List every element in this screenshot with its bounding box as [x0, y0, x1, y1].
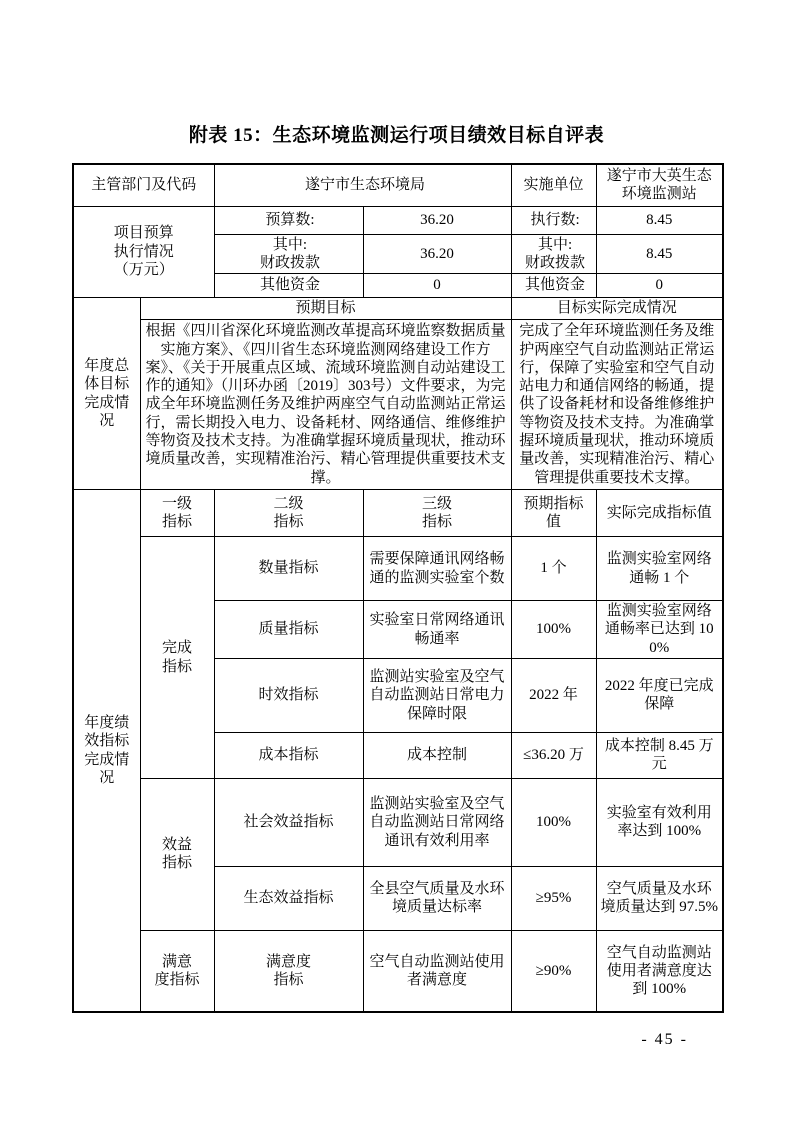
expected-goal-header: 预期目标 [140, 298, 511, 320]
actual-cell: 空气质量及水环境质量达到 97.5% [596, 866, 723, 930]
budget-label: 其中: 财政拨款 [511, 234, 596, 274]
impl-value-cell: 遂宁市大英生态环境监测站 [596, 164, 723, 206]
expected-cell: 100% [511, 601, 596, 659]
level2-cell: 数量指标 [214, 537, 363, 601]
actual-goal-header: 目标实际完成情况 [511, 298, 723, 320]
expected-cell: ≤36.20 万 [511, 732, 596, 778]
budget-value: 8.45 [596, 234, 723, 274]
budget-value: 0 [363, 274, 511, 298]
budget-value: 8.45 [596, 206, 723, 234]
level3-cell: 实验室日常网络通讯畅通率 [363, 601, 511, 659]
level1-benefit: 效益 指标 [140, 778, 214, 930]
level2-cell: 成本指标 [214, 732, 363, 778]
level2-cell: 满意度 指标 [214, 930, 363, 1012]
page-title: 附表 15：生态环境监测运行项目绩效目标自评表 [0, 120, 793, 147]
actual-cell: 监测实验室网络通畅率已达到 100% [596, 601, 723, 659]
budget-label: 其他资金 [511, 274, 596, 298]
impl-label-cell: 实施单位 [511, 164, 596, 206]
table-row-department: 主管部门及代码 遂宁市生态环境局 实施单位 遂宁市大英生态环境监测站 [73, 164, 723, 206]
budget-value: 36.20 [363, 234, 511, 274]
level2-cell: 质量指标 [214, 601, 363, 659]
budget-label: 预算数: [214, 206, 363, 234]
level3-cell: 监测站实验室及空气自动监测站日常电力保障时限 [363, 658, 511, 732]
expected-cell: 100% [511, 778, 596, 866]
expected-cell: 1 个 [511, 537, 596, 601]
expected-cell: ≥95% [511, 866, 596, 930]
level3-cell: 监测站实验室及空气自动监测站日常网络通讯有效利用率 [363, 778, 511, 866]
level2-cell: 生态效益指标 [214, 866, 363, 930]
level1-satisfaction: 满意 度指标 [140, 930, 214, 1012]
budget-label: 执行数: [511, 206, 596, 234]
header-level3: 三级 指标 [363, 490, 511, 537]
level3-cell: 成本控制 [363, 732, 511, 778]
actual-goal-text: 完成了全年环境监测任务及维护两座空气自动监测站正常运行，保障了实验室和空气自动站… [511, 320, 723, 490]
level1-completion: 完成 指标 [140, 537, 214, 779]
self-evaluation-table: 主管部门及代码 遂宁市生态环境局 实施单位 遂宁市大英生态环境监测站 项目预算 … [72, 163, 724, 1013]
document-page: 附表 15：生态环境监测运行项目绩效目标自评表 主管部门及代码 遂宁市生态环境局… [0, 0, 793, 1122]
expected-goal-text: 根据《四川省深化环境监测改革提高环境监察数据质量实施方案》、《四川省生态环境监测… [140, 320, 511, 490]
expected-cell: ≥90% [511, 930, 596, 1012]
budget-section-label: 项目预算 执行情况 （万元） [73, 206, 214, 298]
level2-cell: 时效指标 [214, 658, 363, 732]
level2-cell: 社会效益指标 [214, 778, 363, 866]
actual-cell: 空气自动监测站使用者满意度达到 100% [596, 930, 723, 1012]
table-row-indicator-headers: 年度绩 效指标 完成情 况 一级 指标 二级 指标 三级 指标 预期指标 值 实… [73, 490, 723, 537]
level3-cell: 全县空气质量及水环境质量达标率 [363, 866, 511, 930]
budget-value: 0 [596, 274, 723, 298]
budget-value: 36.20 [363, 206, 511, 234]
level3-cell: 需要保障通讯网络畅通的监测实验室个数 [363, 537, 511, 601]
indicators-section-label: 年度绩 效指标 完成情 况 [73, 490, 140, 1013]
actual-cell: 成本控制 8.45 万元 [596, 732, 723, 778]
page-number: - 45 - [0, 1031, 793, 1049]
header-expected: 预期指标 值 [511, 490, 596, 537]
dept-label-cell: 主管部门及代码 [73, 164, 214, 206]
header-level2: 二级 指标 [214, 490, 363, 537]
table-row-goal-headers: 年度总 体目标 完成情 况 预期目标 目标实际完成情况 [73, 298, 723, 320]
budget-label: 其他资金 [214, 274, 363, 298]
budget-label: 其中: 财政拨款 [214, 234, 363, 274]
table-row-satisfaction: 满意 度指标 满意度 指标 空气自动监测站使用者满意度 ≥90% 空气自动监测站… [73, 930, 723, 1012]
table-row-goal-text: 根据《四川省深化环境监测改革提高环境监察数据质量实施方案》、《四川省生态环境监测… [73, 320, 723, 490]
header-level1: 一级 指标 [140, 490, 214, 537]
dept-value-cell: 遂宁市生态环境局 [214, 164, 511, 206]
actual-cell: 2022 年度已完成保障 [596, 658, 723, 732]
actual-cell: 实验室有效利用率达到 100% [596, 778, 723, 866]
actual-cell: 监测实验室网络通畅 1 个 [596, 537, 723, 601]
annual-goal-section-label: 年度总 体目标 完成情 况 [73, 298, 140, 490]
expected-cell: 2022 年 [511, 658, 596, 732]
header-actual: 实际完成指标值 [596, 490, 723, 537]
table-row-social-benefit: 效益 指标 社会效益指标 监测站实验室及空气自动监测站日常网络通讯有效利用率 1… [73, 778, 723, 866]
table-row-budget-total: 项目预算 执行情况 （万元） 预算数: 36.20 执行数: 8.45 [73, 206, 723, 234]
level3-cell: 空气自动监测站使用者满意度 [363, 930, 511, 1012]
table-row-quantity: 完成 指标 数量指标 需要保障通讯网络畅通的监测实验室个数 1 个 监测实验室网… [73, 537, 723, 601]
